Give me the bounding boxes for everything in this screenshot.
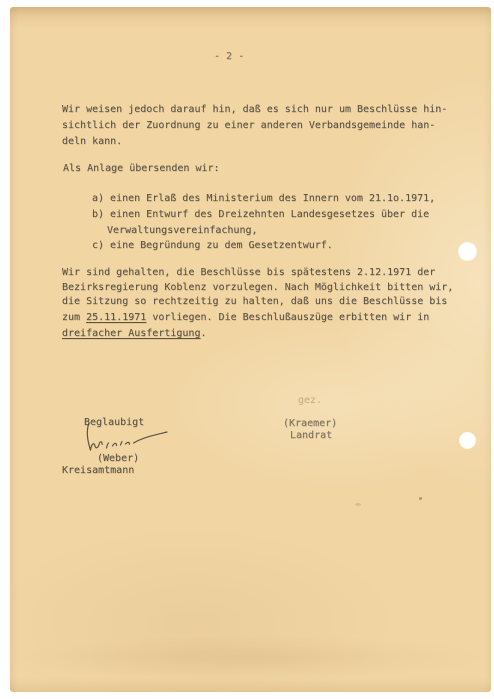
punch-hole-bottom [459,432,476,449]
gez-note: gez. [298,395,322,407]
attachment-item-c: c) eine Begründung zu dem Gesetzentwurf. [92,240,333,252]
paragraph2-line1: Wir sind gehalten, die Beschlüsse bis sp… [62,267,435,279]
signer-name: (Kraemer) [283,418,337,430]
attachment-item-b: b) einen Entwurf des Dreizehnten Landesg… [92,209,429,221]
paragraph2-line4: zum 25.11.1971 vorliegen. Die Beschlußau… [62,312,429,324]
document-page: - 2 - Wir weisen jedoch darauf hin, daß … [10,7,491,692]
line5-period: . [200,328,206,339]
certifier-name: (Weber) [97,453,139,465]
line4-prefix: zum [62,312,86,323]
paragraph2-line5: dreifacher Ausfertigung. [62,328,207,340]
certifier-title: Kreisamtmann [62,465,134,477]
paragraph1-line3: deln kann. [62,136,122,148]
paragraph1-line1: Wir weisen jedoch darauf hin, daß es sic… [62,104,447,116]
signer-title: Landrat [290,430,332,442]
attachments-intro: Als Anlage übersenden wir: [63,163,220,175]
scanned-document: - 2 - Wir weisen jedoch darauf hin, daß … [0,0,494,699]
emphasis-underlined: dreifacher Ausfertigung [62,328,200,339]
line4-suffix: vorliegen. Die Beschlußauszüge erbitten … [146,312,429,323]
attachment-item-b-continuation: Verwaltungsvereinfachung, [107,225,258,237]
paragraph2-line3: die Sitzung so rechtzeitig zu halten, da… [62,296,447,308]
punch-hole-top [458,242,477,261]
ink-speck [419,497,422,500]
page-number: - 2 - [214,51,244,63]
attachment-item-a: a) einen Erlaß des Ministerium des Inner… [92,193,435,205]
paragraph1-line2: sichtlich der Zuordnung zu einer anderen… [62,120,435,132]
paragraph2-line2: Bezirksregierung Koblenz vorzulegen. Nac… [62,282,453,294]
ink-smudge [355,503,361,506]
deadline-date-underlined: 25.11.1971 [86,312,146,323]
